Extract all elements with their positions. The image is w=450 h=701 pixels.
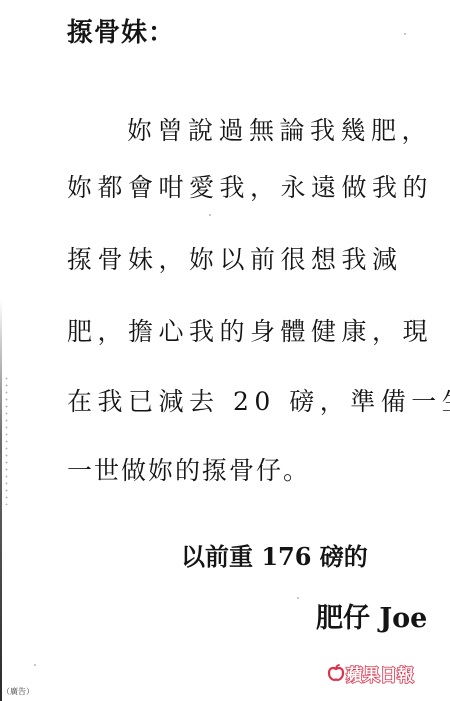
letter-body-line: 妳曾說過無論我幾肥， — [127, 111, 432, 147]
scan-speck — [34, 664, 36, 666]
scan-speck — [209, 214, 211, 216]
letter-salutation: 揼骨妹： — [67, 12, 175, 49]
signoff-line-1: 以前重 176 磅的 — [181, 537, 368, 572]
scan-speck — [297, 597, 299, 599]
apple-icon — [327, 664, 345, 682]
newspaper-logo: 蘋果日報 — [327, 662, 414, 684]
letter-body-line: 揼骨妹，妳以前很想我減 — [67, 240, 403, 276]
scan-speck — [404, 33, 406, 35]
letter-body-line: 一世做妳的揼骨仔。 — [67, 451, 310, 487]
letter-body-line: 肥，擔心我的身體健康，現 — [67, 312, 433, 348]
advertisement-label: （廣告） — [2, 686, 34, 697]
letter-body-line: 在我已減去 20 磅，準備一生 — [67, 382, 450, 418]
letter-body-line: 妳都會咁愛我，永遠做我的 — [67, 168, 433, 204]
logo-text: 蘋果日報 — [346, 661, 414, 686]
page-edge-shadow — [0, 300, 2, 701]
scan-noise-dots — [5, 375, 8, 505]
signoff-signature: 肥仔 Joe — [316, 596, 427, 635]
